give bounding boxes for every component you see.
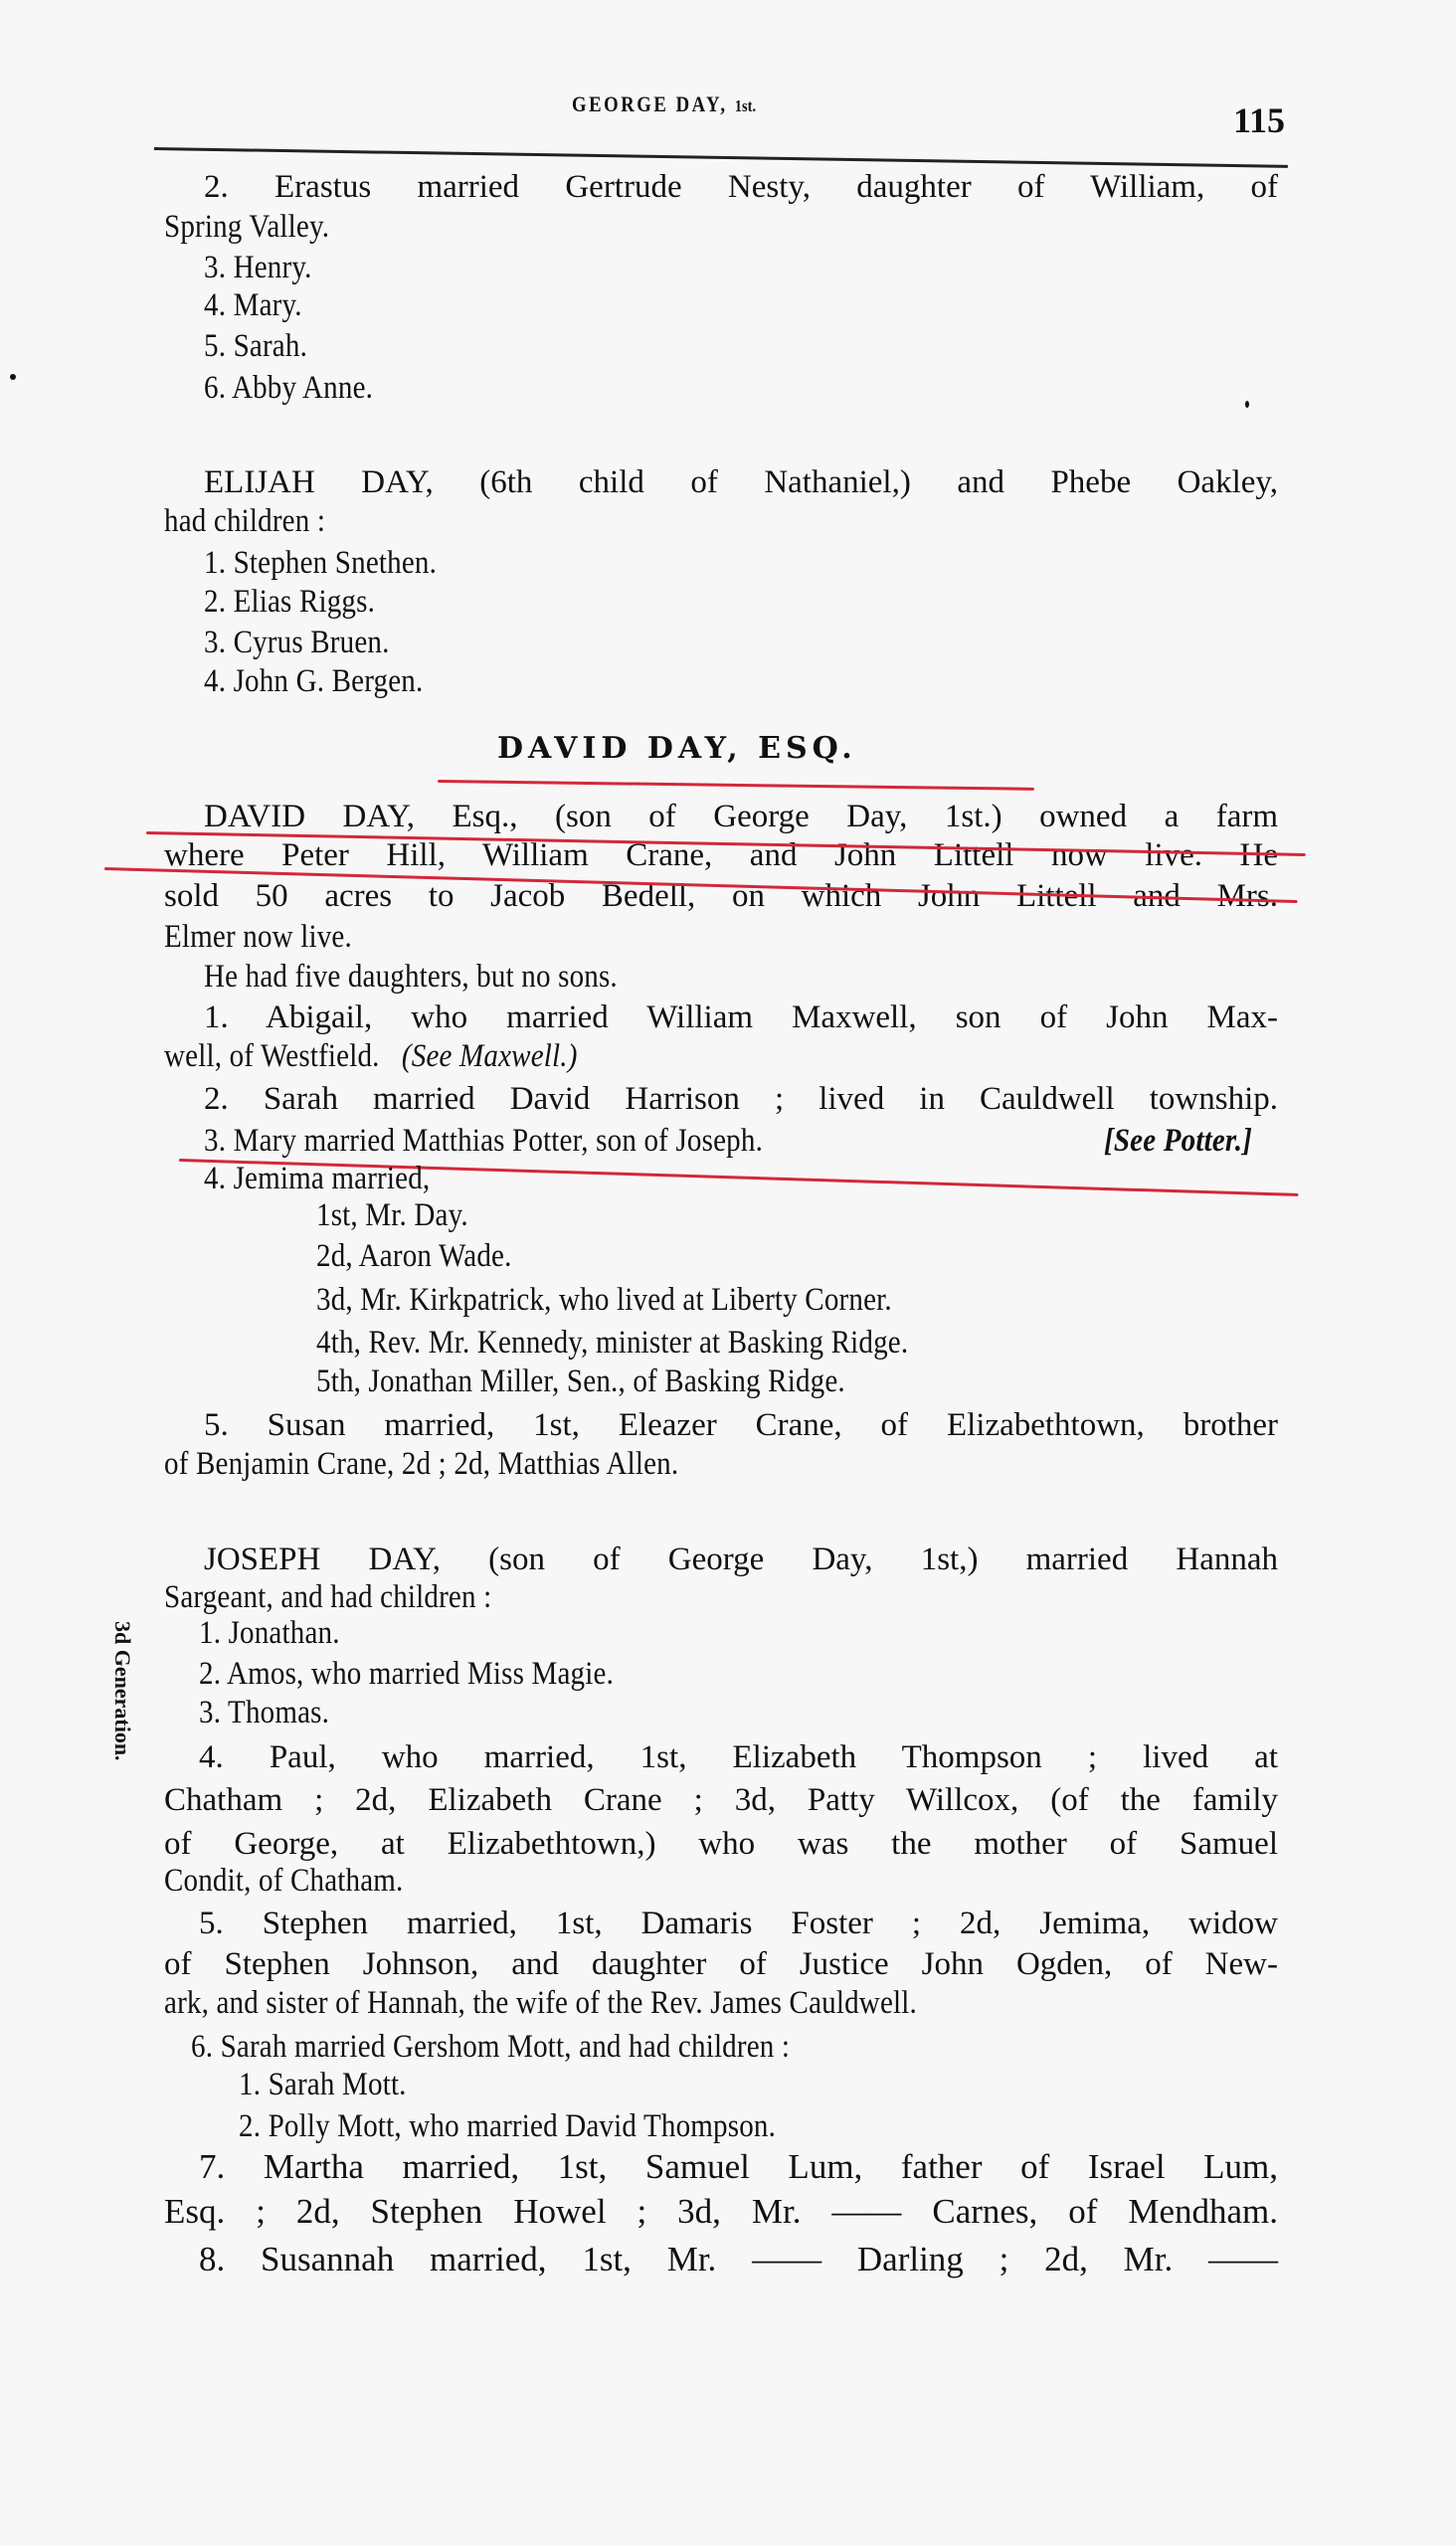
paragraph-line: Elmer now live. xyxy=(164,917,352,957)
sub-item: 2. Polly Mott, who married David Thompso… xyxy=(239,2106,776,2146)
sub-item: 3d, Mr. Kirkpatrick, who lived at Libert… xyxy=(316,1280,892,1320)
paragraph-line: DAVID DAY, Esq., (son of George Day, 1st… xyxy=(164,797,1278,836)
speck xyxy=(1245,401,1249,408)
page-number: 115 xyxy=(1233,99,1285,141)
list-item: 7. Martha married, 1st, Samuel Lum, fath… xyxy=(164,2147,1278,2187)
list-item-cont: of Benjamin Crane, 2d ; 2d, Matthias All… xyxy=(164,1444,678,1484)
list-item: 1. Abigail, who married William Maxwell,… xyxy=(164,998,1278,1037)
paragraph-line: Sargeant, and had children : xyxy=(164,1577,491,1617)
running-head: GEORGE DAY, 1st. xyxy=(572,91,756,117)
margin-note-generation: 3d Generation. xyxy=(109,1621,135,1761)
list-item: 4. Jemima married, xyxy=(204,1159,430,1198)
list-item: 6. Abby Anne. xyxy=(204,368,373,408)
paragraph-line: He had five daughters, but no sons. xyxy=(204,957,618,997)
list-item: 8. Susannah married, 1st, Mr. —— Darling… xyxy=(164,2240,1278,2279)
list-item-cont: Chatham ; 2d, Elizabeth Crane ; 3d, Patt… xyxy=(164,1780,1278,1820)
section-heading: DAVID DAY, ESQ. xyxy=(497,731,857,766)
sub-item: 4th, Rev. Mr. Kennedy, minister at Baski… xyxy=(316,1323,908,1363)
paragraph-line: had children : xyxy=(164,501,325,541)
list-item-cont: well, of Westfield. (See Maxwell.) xyxy=(164,1036,578,1076)
see-potter-reference: [See Potter.] xyxy=(1104,1121,1252,1161)
see-maxwell-reference: (See Maxwell.) xyxy=(402,1038,578,1074)
header-rule xyxy=(154,147,1288,168)
book-page: GEORGE DAY, 1st. 115 2. Erastus married … xyxy=(0,0,1456,2546)
text-line: 2. Erastus married Gertrude Nesty, daugh… xyxy=(164,167,1278,207)
list-item: 2. Sarah married David Harrison ; lived … xyxy=(164,1079,1278,1119)
paragraph-line: JOSEPH DAY, (son of George Day, 1st,) ma… xyxy=(164,1540,1278,1579)
running-title: GEORGE DAY, xyxy=(572,91,728,116)
list-item: 4. Paul, who married, 1st, Elizabeth Tho… xyxy=(164,1737,1278,1777)
list-item: 5. Sarah. xyxy=(204,326,307,366)
red-underline xyxy=(438,780,1034,791)
speck xyxy=(10,374,16,380)
list-item: 4. John G. Bergen. xyxy=(204,661,423,701)
list-item: 5. Susan married, 1st, Eleazer Crane, of… xyxy=(164,1405,1278,1445)
list-item: 5. Stephen married, 1st, Damaris Foster … xyxy=(164,1904,1278,1943)
list-item-cont: of George, at Elizabethtown,) who was th… xyxy=(164,1824,1278,1864)
text-line: Spring Valley. xyxy=(164,207,329,247)
list-item: 1. Stephen Snethen. xyxy=(204,543,437,583)
sub-item: 1. Sarah Mott. xyxy=(239,2065,407,2104)
list-item: 3. Henry. xyxy=(204,248,312,287)
list-item-cont: of Stephen Johnson, and daughter of Just… xyxy=(164,1944,1278,1984)
list-item-cont: Esq. ; 2d, Stephen Howel ; 3d, Mr. —— Ca… xyxy=(164,2192,1278,2232)
list-item: 3. Mary married Matthias Potter, son of … xyxy=(204,1121,763,1161)
sub-item: 1st, Mr. Day. xyxy=(316,1195,468,1235)
list-item: 2. Amos, who married Miss Magie. xyxy=(199,1654,614,1694)
list-item-cont: ark, and sister of Hannah, the wife of t… xyxy=(164,1983,917,2023)
list-item: 6. Sarah married Gershom Mott, and had c… xyxy=(191,2027,790,2067)
list-item: 2. Elias Riggs. xyxy=(204,582,375,622)
sub-item: 5th, Jonathan Miller, Sen., of Basking R… xyxy=(316,1362,845,1401)
text: well, of Westfield. xyxy=(164,1038,380,1074)
sub-item: 2d, Aaron Wade. xyxy=(316,1236,512,1276)
list-item: 1. Jonathan. xyxy=(199,1613,340,1653)
list-item-cont: Condit, of Chatham. xyxy=(164,1861,403,1901)
list-item: 4. Mary. xyxy=(204,285,302,325)
list-item: 3. Cyrus Bruen. xyxy=(204,623,390,662)
running-title-suffix: 1st. xyxy=(735,96,756,115)
paragraph-line: ELIJAH DAY, (6th child of Nathaniel,) an… xyxy=(164,462,1278,502)
list-item: 3. Thomas. xyxy=(199,1693,329,1732)
